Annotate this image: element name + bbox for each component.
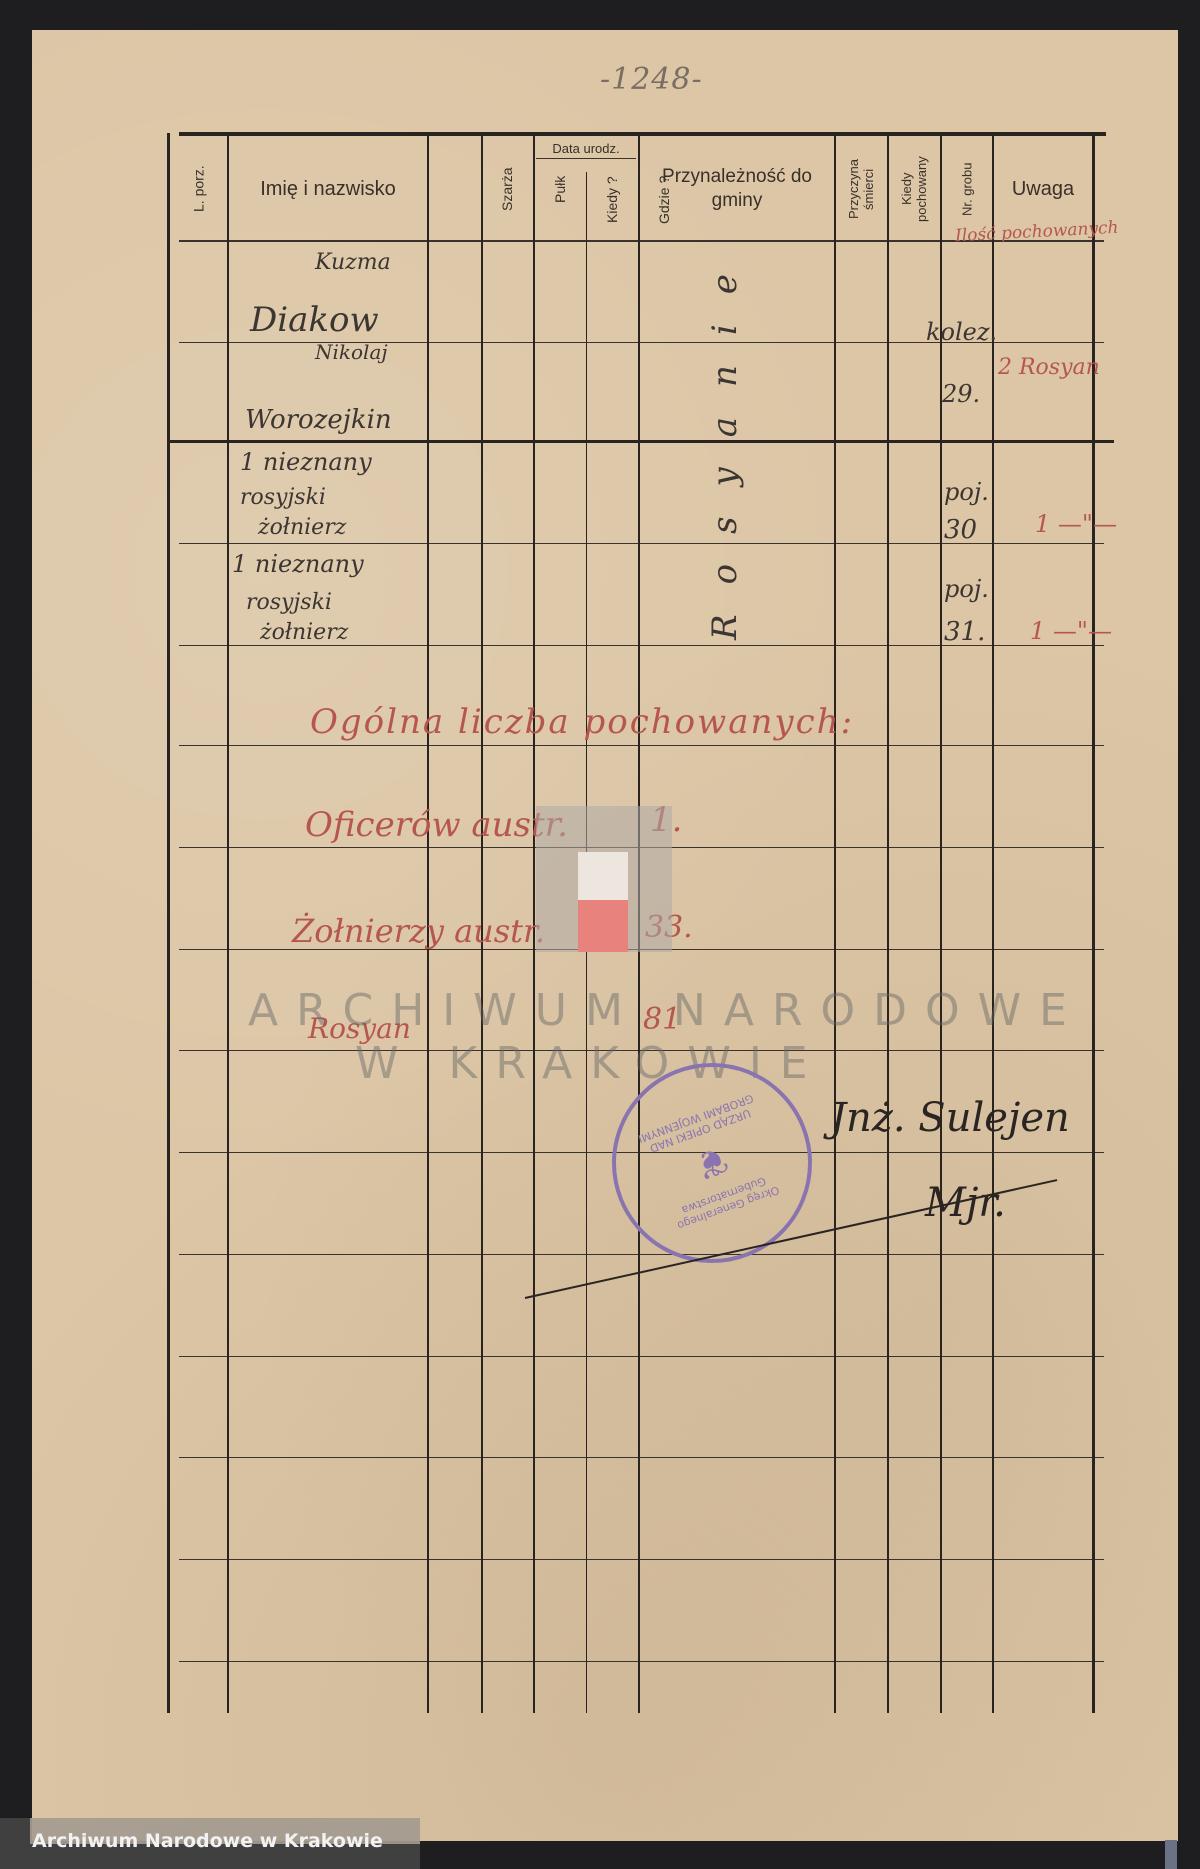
entry-3-grave: 30 — [944, 515, 977, 545]
entry-3-grave-type: poj. — [944, 478, 989, 506]
municipality-note-rosyanie: Rosyanie — [705, 220, 745, 640]
summary-title: Ogólna liczba pochowanych: — [310, 702, 854, 742]
group-separator — [168, 440, 1114, 443]
entry-3-remark: 1 —"— — [1035, 510, 1117, 538]
summary-soldiers-label: Żołnierzy austr. — [292, 912, 545, 950]
col-line — [227, 133, 229, 1713]
archive-logo-white — [578, 852, 628, 902]
signature-name: Jnż. Sulejen — [830, 1095, 1070, 1141]
entry-3-line1: 1 nieznany — [240, 448, 372, 476]
header-name: Imię i nazwisko — [229, 140, 427, 238]
col-line — [992, 133, 994, 1713]
table-top-border — [179, 132, 1106, 136]
watermark-line1: ARCHIWUM NARODOWE — [248, 985, 1085, 1036]
archive-logo-red — [578, 900, 628, 952]
row-line — [179, 1254, 1104, 1255]
header-cause-of-death: Przyczyna śmierci — [837, 140, 885, 238]
header-burial-date: Kiedy pochowany — [890, 140, 938, 238]
row-line — [179, 1457, 1104, 1458]
row-line — [179, 745, 1104, 746]
official-stamp: Okręg Generalnego Gubernatorstwa ❦ URZĄD… — [612, 1063, 812, 1263]
header-birth-when: Kiedy ? — [588, 162, 636, 238]
entry-4-line1: 1 nieznany — [232, 550, 364, 578]
col-line — [834, 133, 836, 1713]
entry-1-first-name: Kuzma — [315, 250, 391, 275]
header-birth-where-label: Gdzie ? — [640, 162, 688, 238]
scan-edge-strip — [1165, 1840, 1177, 1869]
entry-4-line2: rosyjski — [246, 590, 332, 615]
row-line — [179, 1356, 1104, 1357]
row-line — [179, 1559, 1104, 1560]
signature-title: Mjr. — [925, 1180, 1006, 1226]
entry-4-grave: 31. — [944, 617, 985, 647]
col-line — [887, 133, 889, 1713]
entry-4-grave-type: poj. — [944, 575, 989, 603]
entry-2-remark: 2 Rosyan — [998, 355, 1100, 380]
entry-4-remark: 1 —"— — [1030, 617, 1112, 645]
entry-4-line3: żołnierz — [260, 620, 348, 645]
entry-2-surname: Worozejkin — [245, 405, 392, 435]
entry-2-first-name: Nikolaj — [315, 340, 388, 364]
col-line — [940, 133, 942, 1713]
footer-archive-label: Archiwum Narodowe w Krakowie — [32, 1830, 383, 1852]
entry-2-grave: 29. — [942, 380, 980, 408]
summary-officers-label: Oficerów austr. — [305, 805, 568, 845]
table-left-border — [167, 133, 170, 1713]
header-lp: L. porz. — [170, 140, 227, 238]
page-number: -1248- — [600, 62, 703, 97]
entry-1-surname: Diakow — [250, 300, 379, 340]
header-rank: Szarża — [483, 140, 531, 238]
entry-3-line2: rosyjski — [240, 485, 326, 510]
entry-1-grave: kolez. — [926, 318, 997, 346]
entry-3-line3: żołnierz — [258, 515, 346, 540]
header-grave-no: Nr. grobu — [943, 140, 991, 238]
header-birth-date: Data urodz. — [536, 138, 636, 158]
row-line — [179, 1661, 1104, 1662]
